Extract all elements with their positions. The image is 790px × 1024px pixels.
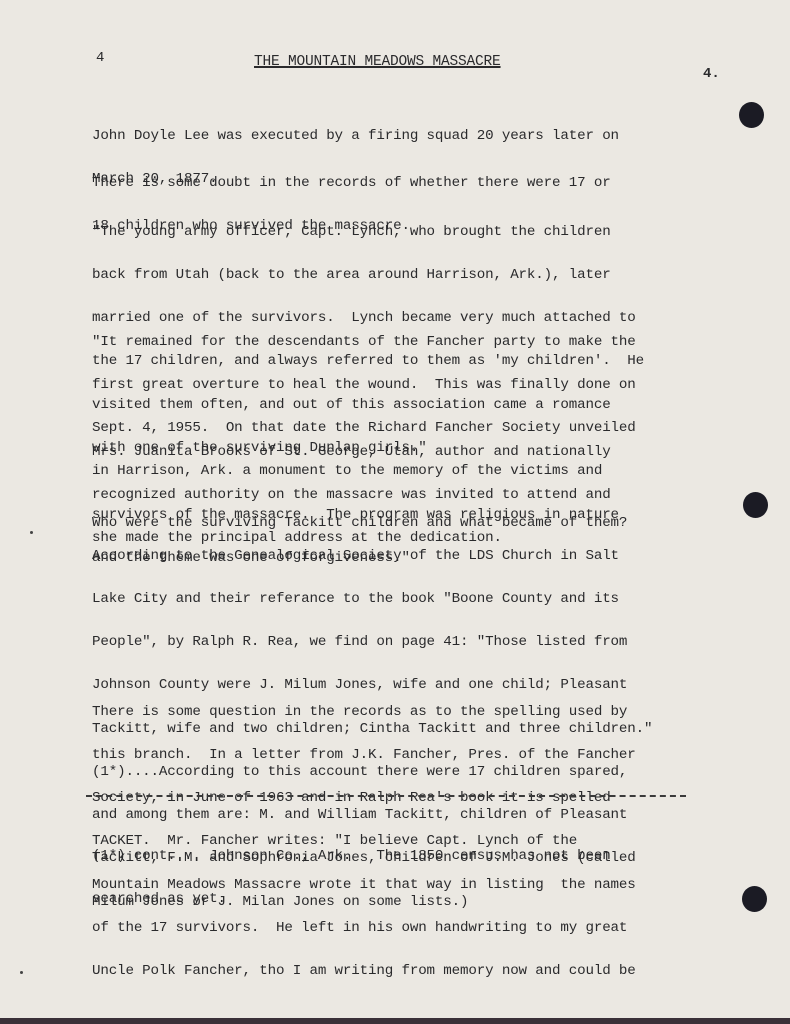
punch-hole-bottom-icon [742,886,767,912]
text-line: People", by Ralph R. Rea, we find on pag… [92,635,712,649]
text-line: John Doyle Lee was executed by a firing … [92,129,712,143]
text-line: "It remained for the descendants of the … [92,335,712,349]
scan-bottom-edge [0,1018,790,1024]
typewritten-page: 4 THE MOUNTAIN MEADOWS MASSACRE 4. John … [0,0,790,1018]
page-number-left: 4 [96,50,104,66]
text-line: There is some doubt in the records of wh… [92,176,712,190]
punch-hole-top-icon [739,102,764,128]
text-line: (1*) cont.... Johnson Co., Ark. The 1850… [92,849,712,863]
page-title: THE MOUNTAIN MEADOWS MASSACRE [254,54,501,70]
text-line: this branch. In a letter from J.K. Fanch… [92,748,712,762]
text-line: back from Utah (back to the area around … [92,268,712,282]
text-line: Society, in June of 1963 and in Ralph Re… [92,791,712,805]
footnote: (1*) cont.... Johnson Co., Ark. The 1850… [92,820,712,935]
footnote-divider [86,795,686,797]
text-line: searched as yet. [92,892,712,906]
punch-hole-middle-icon [743,492,768,518]
text-line: According to the Genealogical Society of… [92,549,712,563]
stray-mark [30,531,33,534]
stray-mark [20,971,23,974]
text-line: first great overture to heal the wound. … [92,378,712,392]
text-line: There is some question in the records as… [92,705,712,719]
text-line: Mrs. Juanita Brooks of St. George, Utah,… [92,445,712,459]
text-line: Uncle Polk Fancher, tho I am writing fro… [92,964,712,978]
text-line: Lake City and their referance to the boo… [92,592,712,606]
page-number-right: 4. [703,66,720,82]
text-line: "The young army officer, Capt. Lynch, wh… [92,225,712,239]
